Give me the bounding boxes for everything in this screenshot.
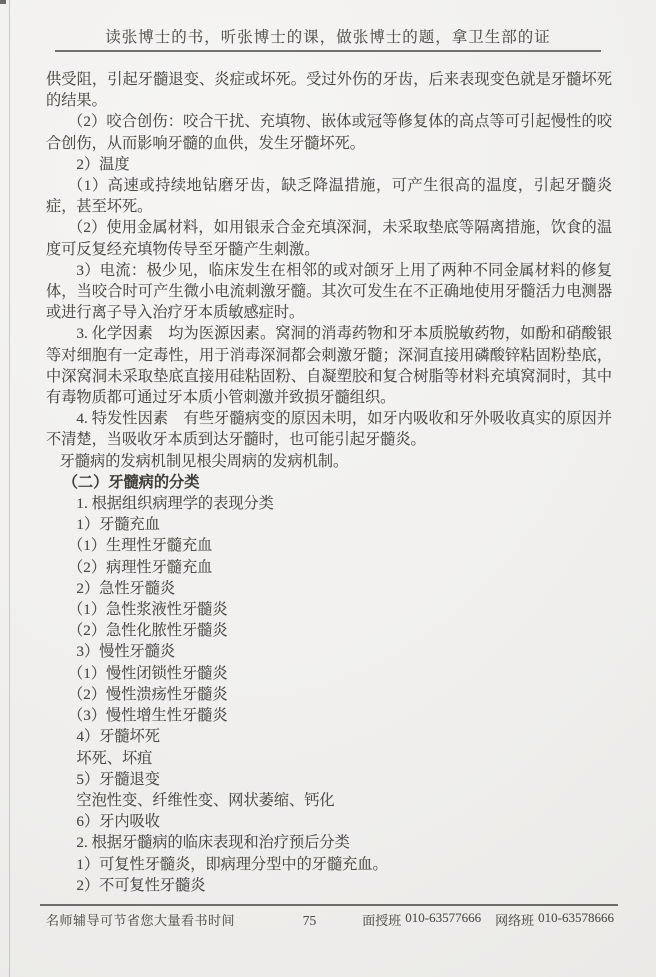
scan-corner-artifact [0,0,6,4]
paragraph: （1）高速或持续地钻磨牙齿，缺乏降温措施，可产生很高的温度，引起牙髓炎症，甚至坏… [46,175,612,217]
list-line: 1）牙髓充血 [46,514,612,535]
paragraph: 3. 化学因素 均为医源因素。窝洞的消毒药物和牙本质脱敏药物，如酚和硝酸银等对细… [46,323,612,408]
list-line: 5）牙髓退变 [46,769,612,790]
paragraph: 3）电流：极少见，临床发生在相邻的或对颌牙上用了两种不同金属材料的修复体，当咬合… [46,260,612,324]
scan-edge-artifact [9,0,10,977]
list-line: 2）急性牙髓炎 [46,578,612,599]
list-line: 2. 根据牙髓病的临床表现和治疗预后分类 [46,832,612,853]
list-line: （1）急性浆液性牙髓炎 [46,599,612,620]
online-class-phone: 010-63578666 [538,910,614,929]
scanned-textbook-page: 读张博士的书，听张博士的课，做张博士的题，拿卫生部的证 供受阻，引起牙髓退变、炎… [0,0,656,977]
footer-row: 名师辅导可节省您大量看书时间 75 面授班 010-63577666 网络班 0… [46,910,614,929]
page-number: 75 [303,913,317,929]
paragraph: （2）使用金属材料，如用银汞合金充填深洞，未采取垫底等隔离措施，饮食的温度可反复… [46,217,612,259]
footer-contacts: 面授班 010-63577666 网络班 010-63578666 [362,910,614,929]
page-body: 供受阻，引起牙髓退变、炎症或坏死。受过外伤的牙齿，后来表现变色就是牙髓坏死的结果… [46,69,612,896]
list-line: 坏死、坏疽 [46,748,612,769]
paragraph: 牙髓病的发病机制见根尖周病的发病机制。 [46,451,612,472]
list-line: 3）慢性牙髓炎 [46,641,612,662]
list-line: （2）慢性溃疡性牙髓炎 [46,684,612,705]
onsite-class-phone: 010-63577666 [405,910,481,929]
list-line: 6）牙内吸收 [46,811,612,832]
paragraph: 4. 特发性因素 有些牙髓病变的原因未明，如牙内吸收和牙外吸收真实的原因并不清楚… [46,408,612,450]
footer-rule [40,904,618,906]
onsite-class-contact: 面授班 010-63577666 [362,910,481,929]
list-line: 2）温度 [46,154,612,175]
list-line: 空泡性变、纤维性变、网状萎缩、钙化 [46,790,612,811]
list-line: （3）慢性增生性牙髓炎 [46,705,612,726]
list-line: （1）生理性牙髓充血 [46,535,612,556]
onsite-class-label: 面授班 [362,910,401,929]
online-class-contact: 网络班 010-63578666 [495,910,614,929]
list-line: 4）牙髓坏死 [46,726,612,747]
header-slogan: 读张博士的书，听张博士的课，做张博士的题，拿卫生部的证 [0,25,656,47]
list-line: （2）病理性牙髓充血 [46,557,612,578]
header-rule [55,50,601,52]
list-line: 1）可复性牙髓炎，即病理分型中的牙髓充血。 [46,854,612,875]
paragraph: 供受阻，引起牙髓退变、炎症或坏死。受过外伤的牙齿，后来表现变色就是牙髓坏死的结果… [46,69,612,111]
list-line: 1. 根据组织病理学的表现分类 [46,493,612,514]
list-line: （1）慢性闭锁性牙髓炎 [46,663,612,684]
paragraph: （2）咬合创伤：咬合干扰、充填物、嵌体或冠等修复体的高点等可引起慢性的咬合创伤，… [46,111,612,153]
online-class-label: 网络班 [495,910,534,929]
section-heading: （二）牙髓病的分类 [46,472,612,493]
list-line: （2）急性化脓性牙髓炎 [46,620,612,641]
list-line: 2）不可复性牙髓炎 [46,875,612,896]
